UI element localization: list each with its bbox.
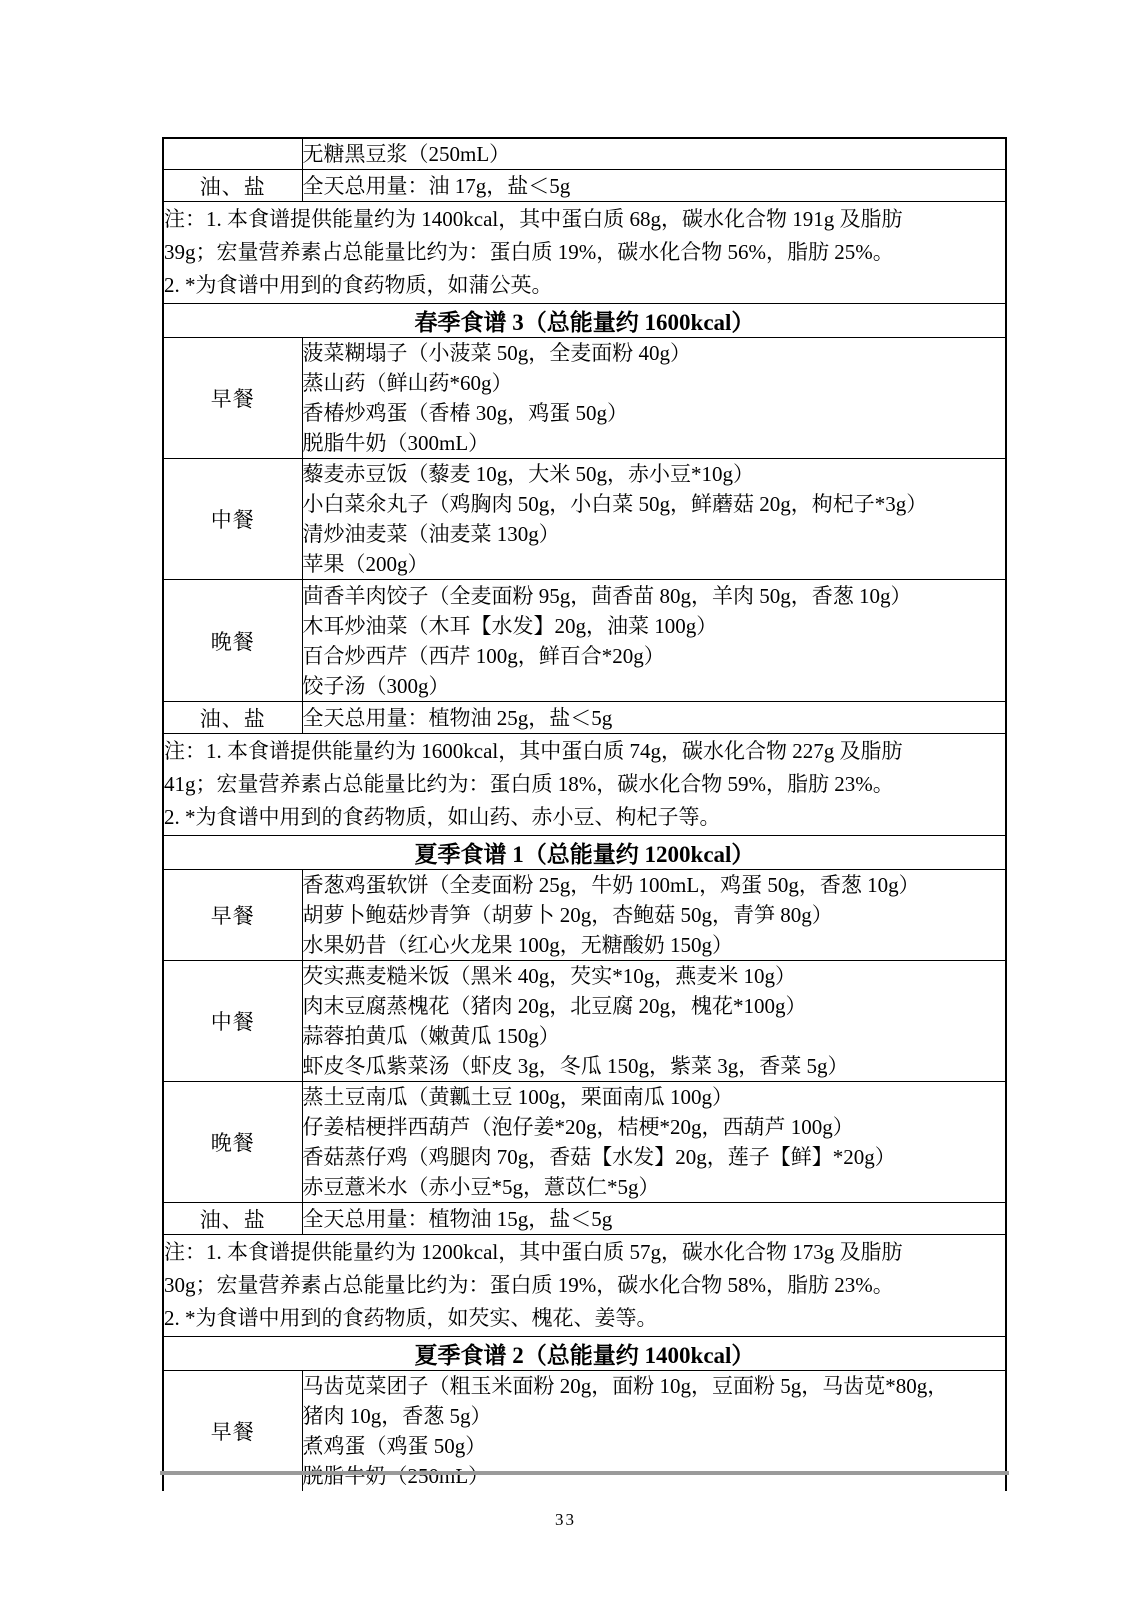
- page-number: 33: [0, 1510, 1131, 1530]
- dish-line: 猪肉 10g，香葱 5g）: [303, 1401, 1006, 1431]
- page-break-cut-line: [160, 1471, 1009, 1475]
- note-cell: 注：1. 本食谱提供能量约为 1200kcal，其中蛋白质 57g，碳水化合物 …: [163, 1235, 1006, 1337]
- dish-line: 苹果（200g）: [303, 549, 1006, 579]
- dish-line: 胡萝卜鲍菇炒青笋（胡萝卜 20g，杏鲍菇 50g，青笋 80g）: [303, 900, 1006, 930]
- meal-label-cell: 早餐: [163, 870, 302, 961]
- meal-row: 早餐菠菜糊塌子（小菠菜 50g，全麦面粉 40g）蒸山药（鲜山药*60g）香椿炒…: [163, 338, 1006, 459]
- dish-line: 蒸山药（鲜山药*60g）: [303, 368, 1006, 398]
- meal-label-cell: 中餐: [163, 459, 302, 580]
- meal-label-cell: 油、盐: [163, 1203, 302, 1235]
- meal-row: 无糖黑豆浆（250mL）: [163, 138, 1006, 170]
- dish-line: 香椿炒鸡蛋（香椿 30g，鸡蛋 50g）: [303, 398, 1006, 428]
- note-line: 30g；宏量营养素占总能量比约为：蛋白质 19%，碳水化合物 58%，脂肪 23…: [164, 1269, 1005, 1302]
- note-line: 41g；宏量营养素占总能量比约为：蛋白质 18%，碳水化合物 59%，脂肪 23…: [164, 768, 1005, 801]
- header-row: 春季食谱 3（总能量约 1600kcal）: [163, 304, 1006, 338]
- section-header: 夏季食谱 1（总能量约 1200kcal）: [163, 836, 1006, 870]
- dish-line: 小白菜氽丸子（鸡胸肉 50g，小白菜 50g，鲜蘑菇 20g，枸杞子*3g）: [303, 489, 1006, 519]
- note-cell: 注：1. 本食谱提供能量约为 1400kcal，其中蛋白质 68g，碳水化合物 …: [163, 202, 1006, 304]
- dish-line: 百合炒西芹（西芹 100g，鲜百合*20g）: [303, 641, 1006, 671]
- menu-table-body: 无糖黑豆浆（250mL）油、盐全天总用量：油 17g，盐＜5g注：1. 本食谱提…: [163, 138, 1006, 1491]
- dish-line: 饺子汤（300g）: [303, 671, 1006, 701]
- dish-line: 香菇蒸仔鸡（鸡腿肉 70g，香菇【水发】20g，莲子【鲜】*20g）: [303, 1142, 1006, 1172]
- dishes-cell: 茴香羊肉饺子（全麦面粉 95g，茴香苗 80g，羊肉 50g，香葱 10g）木耳…: [302, 580, 1006, 702]
- dish-line: 清炒油麦菜（油麦菜 130g）: [303, 519, 1006, 549]
- dish-line: 赤豆薏米水（赤小豆*5g，薏苡仁*5g）: [303, 1172, 1006, 1202]
- note-row: 注：1. 本食谱提供能量约为 1400kcal，其中蛋白质 68g，碳水化合物 …: [163, 202, 1006, 304]
- note-line: 注：1. 本食谱提供能量约为 1400kcal，其中蛋白质 68g，碳水化合物 …: [164, 203, 1005, 236]
- dish-line: 蒜蓉拍黄瓜（嫩黄瓜 150g）: [303, 1021, 1006, 1051]
- dish-line: 菠菜糊塌子（小菠菜 50g，全麦面粉 40g）: [303, 338, 1006, 368]
- meal-label-cell: 油、盐: [163, 702, 302, 734]
- dish-line: 藜麦赤豆饭（藜麦 10g，大米 50g，赤小豆*10g）: [303, 459, 1006, 489]
- meal-row: 晚餐蒸土豆南瓜（黄瓤土豆 100g，栗面南瓜 100g）仔姜桔梗拌西葫芦（泡仔姜…: [163, 1082, 1006, 1203]
- dishes-cell: 藜麦赤豆饭（藜麦 10g，大米 50g，赤小豆*10g）小白菜氽丸子（鸡胸肉 5…: [302, 459, 1006, 580]
- recipe-table: 无糖黑豆浆（250mL）油、盐全天总用量：油 17g，盐＜5g注：1. 本食谱提…: [162, 137, 1007, 1491]
- header-row: 夏季食谱 2（总能量约 1400kcal）: [163, 1337, 1006, 1371]
- dish-line: 香葱鸡蛋软饼（全麦面粉 25g，牛奶 100mL，鸡蛋 50g，香葱 10g）: [303, 870, 1006, 900]
- dish-line: 全天总用量：植物油 25g，盐＜5g: [303, 703, 1006, 733]
- meal-row: 油、盐全天总用量：油 17g，盐＜5g: [163, 170, 1006, 202]
- meal-row: 中餐芡实燕麦糙米饭（黑米 40g，芡实*10g，燕麦米 10g）肉末豆腐蒸槐花（…: [163, 961, 1006, 1082]
- meal-row: 早餐香葱鸡蛋软饼（全麦面粉 25g，牛奶 100mL，鸡蛋 50g，香葱 10g…: [163, 870, 1006, 961]
- dish-line: 全天总用量：植物油 15g，盐＜5g: [303, 1204, 1006, 1234]
- dishes-cell: 无糖黑豆浆（250mL）: [302, 138, 1006, 170]
- dishes-cell: 香葱鸡蛋软饼（全麦面粉 25g，牛奶 100mL，鸡蛋 50g，香葱 10g）胡…: [302, 870, 1006, 961]
- note-cell: 注：1. 本食谱提供能量约为 1600kcal，其中蛋白质 74g，碳水化合物 …: [163, 734, 1006, 836]
- meal-row: 油、盐全天总用量：植物油 15g，盐＜5g: [163, 1203, 1006, 1235]
- meal-label-cell: 油、盐: [163, 170, 302, 202]
- note-row: 注：1. 本食谱提供能量约为 1200kcal，其中蛋白质 57g，碳水化合物 …: [163, 1235, 1006, 1337]
- section-header: 夏季食谱 2（总能量约 1400kcal）: [163, 1337, 1006, 1371]
- section-header: 春季食谱 3（总能量约 1600kcal）: [163, 304, 1006, 338]
- note-line: 2. *为食谱中用到的食药物质，如山药、赤小豆、枸杞子等。: [164, 801, 1005, 834]
- dish-line: 煮鸡蛋（鸡蛋 50g）: [303, 1431, 1006, 1461]
- dish-line: 脱脂牛奶（300mL）: [303, 428, 1006, 458]
- note-line: 39g；宏量营养素占总能量比约为：蛋白质 19%，碳水化合物 56%，脂肪 25…: [164, 236, 1005, 269]
- dish-line: 茴香羊肉饺子（全麦面粉 95g，茴香苗 80g，羊肉 50g，香葱 10g）: [303, 581, 1006, 611]
- dish-line: 虾皮冬瓜紫菜汤（虾皮 3g，冬瓜 150g，紫菜 3g，香菜 5g）: [303, 1051, 1006, 1081]
- meal-label-cell: [163, 138, 302, 170]
- dish-line: 无糖黑豆浆（250mL）: [303, 139, 1006, 169]
- dish-line: 肉末豆腐蒸槐花（猪肉 20g，北豆腐 20g，槐花*100g）: [303, 991, 1006, 1021]
- meal-row: 油、盐全天总用量：植物油 25g，盐＜5g: [163, 702, 1006, 734]
- dishes-cell: 芡实燕麦糙米饭（黑米 40g，芡实*10g，燕麦米 10g）肉末豆腐蒸槐花（猪肉…: [302, 961, 1006, 1082]
- meal-row: 中餐藜麦赤豆饭（藜麦 10g，大米 50g，赤小豆*10g）小白菜氽丸子（鸡胸肉…: [163, 459, 1006, 580]
- meal-row: 晚餐茴香羊肉饺子（全麦面粉 95g，茴香苗 80g，羊肉 50g，香葱 10g）…: [163, 580, 1006, 702]
- dishes-cell: 全天总用量：油 17g，盐＜5g: [302, 170, 1006, 202]
- meal-label-cell: 中餐: [163, 961, 302, 1082]
- dishes-cell: 全天总用量：植物油 15g，盐＜5g: [302, 1203, 1006, 1235]
- dish-line: 全天总用量：油 17g，盐＜5g: [303, 171, 1006, 201]
- dish-line: 蒸土豆南瓜（黄瓤土豆 100g，栗面南瓜 100g）: [303, 1082, 1006, 1112]
- note-row: 注：1. 本食谱提供能量约为 1600kcal，其中蛋白质 74g，碳水化合物 …: [163, 734, 1006, 836]
- dish-line: 芡实燕麦糙米饭（黑米 40g，芡实*10g，燕麦米 10g）: [303, 961, 1006, 991]
- note-line: 2. *为食谱中用到的食药物质，如蒲公英。: [164, 269, 1005, 302]
- note-line: 注：1. 本食谱提供能量约为 1200kcal，其中蛋白质 57g，碳水化合物 …: [164, 1236, 1005, 1269]
- dishes-cell: 全天总用量：植物油 25g，盐＜5g: [302, 702, 1006, 734]
- dishes-cell: 蒸土豆南瓜（黄瓤土豆 100g，栗面南瓜 100g）仔姜桔梗拌西葫芦（泡仔姜*2…: [302, 1082, 1006, 1203]
- meal-label-cell: 晚餐: [163, 1082, 302, 1203]
- dish-line: 马齿苋菜团子（粗玉米面粉 20g，面粉 10g，豆面粉 5g，马齿苋*80g，: [303, 1371, 1006, 1401]
- dish-line: 仔姜桔梗拌西葫芦（泡仔姜*20g，桔梗*20g，西葫芦 100g）: [303, 1112, 1006, 1142]
- dish-line: 脱脂牛奶（250mL）: [303, 1461, 1006, 1491]
- dish-line: 水果奶昔（红心火龙果 100g，无糖酸奶 150g）: [303, 930, 1006, 960]
- header-row: 夏季食谱 1（总能量约 1200kcal）: [163, 836, 1006, 870]
- meal-label-cell: 晚餐: [163, 580, 302, 702]
- note-line: 注：1. 本食谱提供能量约为 1600kcal，其中蛋白质 74g，碳水化合物 …: [164, 735, 1005, 768]
- note-line: 2. *为食谱中用到的食药物质，如芡实、槐花、姜等。: [164, 1302, 1005, 1335]
- dishes-cell: 菠菜糊塌子（小菠菜 50g，全麦面粉 40g）蒸山药（鲜山药*60g）香椿炒鸡蛋…: [302, 338, 1006, 459]
- dish-line: 木耳炒油菜（木耳【水发】20g，油菜 100g）: [303, 611, 1006, 641]
- meal-label-cell: 早餐: [163, 338, 302, 459]
